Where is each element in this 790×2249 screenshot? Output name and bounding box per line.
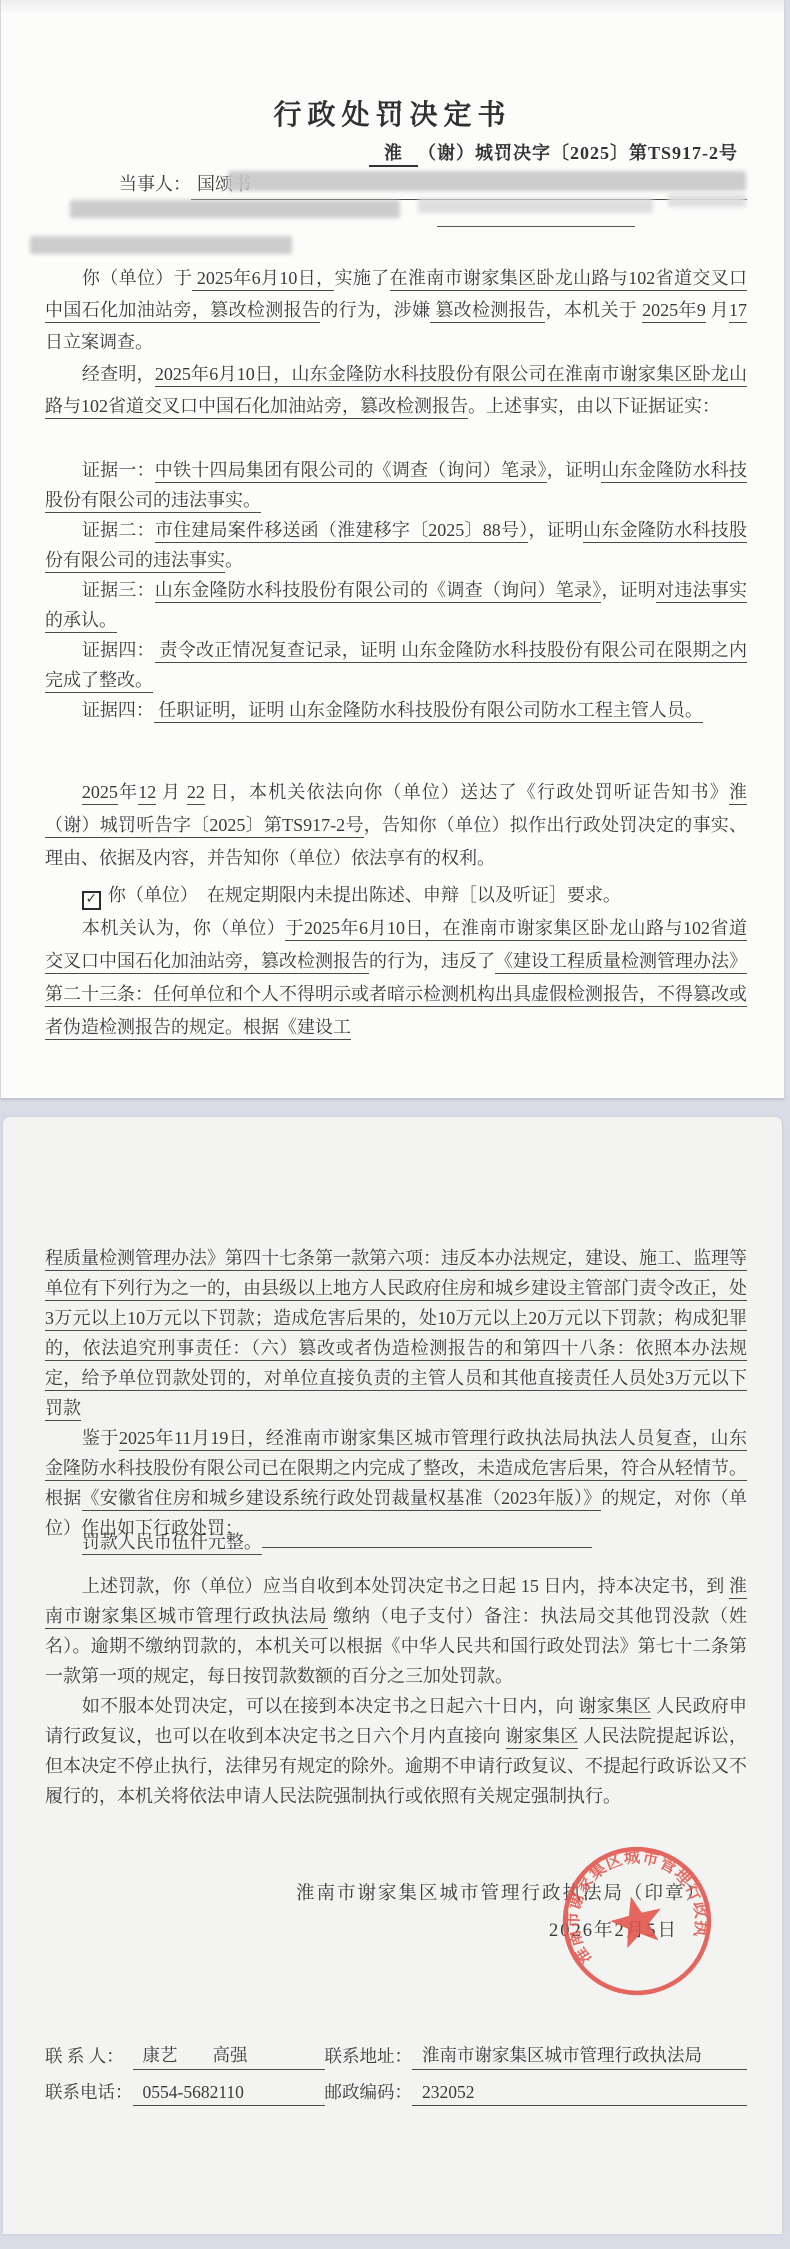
document-title: 行政处罚决定书 [1,93,784,133]
contact-phone-label: 联系电话： [45,2079,133,2106]
redaction-block [418,198,653,213]
text-segment: 。 [225,550,243,570]
paragraph: 你（单位）于 2025年6月10日，实施了在淮南市谢家集区卧龙山路与102省道交… [45,262,747,358]
blank-filled-text: 《安徽省住房和城乡建设系统行政处罚裁量权基准（2023年版）》 [82,1488,602,1511]
text-segment: 月 [156,782,187,802]
blank-filled-text: 篡改检测报告 [430,300,545,323]
redaction-block [70,200,400,218]
text-segment: 。上述事实，由以下证据证实： [468,396,720,416]
paragraph: 证据三：山东金隆防水科技股份有限公司的《调查（询问）笔录》，证明对违法事实的承认… [45,575,747,635]
text-segment: 根据 [45,1488,82,1508]
text-segment: 日立案调查。 [45,332,153,352]
scanned-document-viewer: 行政处罚决定书 淮（谢）城罚决字〔2025〕第TS917-2号 当事人： 国颂书… [0,0,790,2249]
text-segment: 如不服本处罚决定，可以在接到本决定书之日起六十日内，向 [82,1696,579,1716]
text-segment: 月 [706,300,729,320]
paragraph: 证据四： 任职证明，证明 山东金隆防水科技股份有限公司防水工程主管人员。 [45,695,747,725]
blank-filled-text: 中铁十四局集团有限公司的《调查（询问）笔录》 [155,460,547,483]
text-segment: 证据四： [82,640,155,660]
page1-closing-paragraphs: 2025年12 月 22 日，本机关依法向你（单位）送达了《行政处罚听证告知书》… [45,776,747,1044]
page1-evidence-paragraphs: 证据一：中铁十四局集团有限公司的《调查（询问）笔录》，证明山东金隆防水科技股份有… [45,455,747,725]
blank-filled-text: 任职证明，证明 山东金隆防水科技股份有限公司防水工程主管人员。 [154,700,703,723]
text-segment: 的行为，违反了 [369,951,495,971]
text-segment: ，证明 [528,520,583,540]
paragraph: 经查明，2025年6月10日，山东金隆防水科技股份有限公司在淮南市谢家集区卧龙山… [45,358,747,422]
page1-intro-paragraphs: 你（单位）于 2025年6月10日，实施了在淮南市谢家集区卧龙山路与102省道交… [45,262,747,422]
document-number: 淮（谢）城罚决字〔2025〕第TS917-2号 [369,139,738,165]
document-number-text: （谢）城罚决字〔2025〕第TS917-2号 [418,143,738,163]
contact-phone-value: 0554-5682110 [133,2082,325,2106]
contact-postal-label: 邮政编码： [325,2079,413,2106]
text-segment: ，证明 [547,460,602,480]
blank-filled-text: 2025年11月19日，经淮南市谢家集区城市管理行政执法局执法人员复查，山东金隆… [45,1428,747,1481]
text-segment: 日，本机关依法向你（单位）送达了《行政处罚听证告知书》 [205,782,729,802]
blank-filled-text: 市住建局案件移送函（淮建移字〔2025〕88号） [155,520,529,543]
text-segment: 实施了 [334,268,389,288]
paragraph: 本机关认为，你（单位）于2025年6月10日，在淮南市谢家集区卧龙山路与102省… [45,912,747,1044]
text-segment: 证据二： [82,520,155,540]
blank-filled-text: 17 [729,300,747,323]
redaction-block [30,236,292,254]
redaction-block [228,171,746,191]
paragraph: 鉴于2025年11月19日，经淮南市谢家集区城市管理行政执法局执法人员复查，山东… [45,1423,747,1543]
redaction-block [668,194,746,207]
text-segment: 证据一： [82,460,155,480]
paragraph: ✓你（单位） 在规定期限内未提出陈述、申辩［以及听证］要求。 [45,879,747,912]
contact-address-label: 联系地址： [325,2043,413,2070]
checked-checkbox-icon: ✓ [82,891,101,910]
redaction-underline [437,226,635,227]
text-segment: ，本机关于 [545,300,642,320]
blank-filled-text: 2025年9 [642,300,706,323]
text-segment: 年 [118,782,138,802]
contact-person-label: 联 系 人： [45,2043,133,2070]
text-segment: 上述罚款，你（单位）应当自收到本处罚决定书之日起 15 日内，持本决定书，到 [82,1576,729,1596]
paragraph: 程质量检测管理办法》第四十七条第一款第六项：违反本办法规定，建设、施工、监理等单… [45,1243,747,1423]
blank-filled-text: 谢家集区 [579,1696,652,1719]
blank-filled-text: 2025 [82,782,118,805]
paragraph: 如不服本处罚决定，可以在接到本决定书之日起六十日内，向 谢家集区 人民政府申请行… [45,1691,747,1811]
text-segment: 证据三： [82,580,155,600]
paragraph: 上述罚款，你（单位）应当自收到本处罚决定书之日起 15 日内，持本决定书，到 淮… [45,1571,747,1691]
paragraph: 2025年12 月 22 日，本机关依法向你（单位）送达了《行政处罚听证告知书》… [45,776,747,875]
text-segment: 证据四： [82,700,154,720]
text-segment: 鉴于 [82,1428,119,1448]
contact-postal-value: 232052 [412,2082,747,2106]
blank-filled-text: 22 [187,782,205,805]
paragraph: 证据四： 责令改正情况复查记录，证明 山东金隆防水科技股份有限公司在限期之内完成… [45,635,747,695]
page2-payment-paragraphs: 上述罚款，你（单位）应当自收到本处罚决定书之日起 15 日内，持本决定书，到 淮… [45,1571,747,1811]
text-segment: 你（单位）于 [82,268,192,288]
text-segment: ，证明 [601,580,656,600]
contact-footer: 联 系 人： 康艺 高强 联系地址： 淮南市谢家集区城市管理行政执法局 联系电话… [45,2042,747,2106]
page2-penalty-paragraph: 罚款人民币伍仟元整。 [45,1527,747,1557]
seal-star-icon [606,1890,668,1951]
contact-person-value: 康艺 高强 [133,2042,325,2070]
blank-filled-text: 程质量检测管理办法》第四十七条第一款第六项：违反本办法规定，建设、施工、监理等单… [45,1248,747,1421]
page2-legal-paragraphs: 程质量检测管理办法》第四十七条第一款第六项：违反本办法规定，建设、施工、监理等单… [45,1243,747,1543]
blank-filled-text: 12 [138,782,156,805]
text-segment: 你（单位） 在规定期限内未提出陈述、申辩［以及听证］要求。 [108,885,621,905]
document-number-region-blank: 淮 [369,143,418,167]
blank-filled-text: 罚款人民币伍仟元整。 [82,1532,262,1555]
text-segment: 经查明， [82,364,155,384]
contact-address-value: 淮南市谢家集区城市管理行政执法局 [412,2042,747,2070]
text-segment: 本机关认为，你（单位） [82,918,286,938]
blank-filled-text: 谢家集区 [506,1726,579,1749]
party-label: 当事人： [119,170,191,200]
blank-filled-text [262,1545,592,1548]
text-segment: 的行为，涉嫌 [320,300,430,320]
paragraph: 证据二：市住建局案件移送函（淮建移字〔2025〕88号），证明山东金隆防水科技股… [45,515,747,575]
paragraph: 罚款人民币伍仟元整。 [45,1527,747,1557]
blank-filled-text: 山东金隆防水科技股份有限公司的《调查（询问）笔录》 [155,580,602,603]
blank-filled-text: 2025年6月10日， [192,268,334,291]
paragraph: 证据一：中铁十四局集团有限公司的《调查（询问）笔录》，证明山东金隆防水科技股份有… [45,455,747,515]
